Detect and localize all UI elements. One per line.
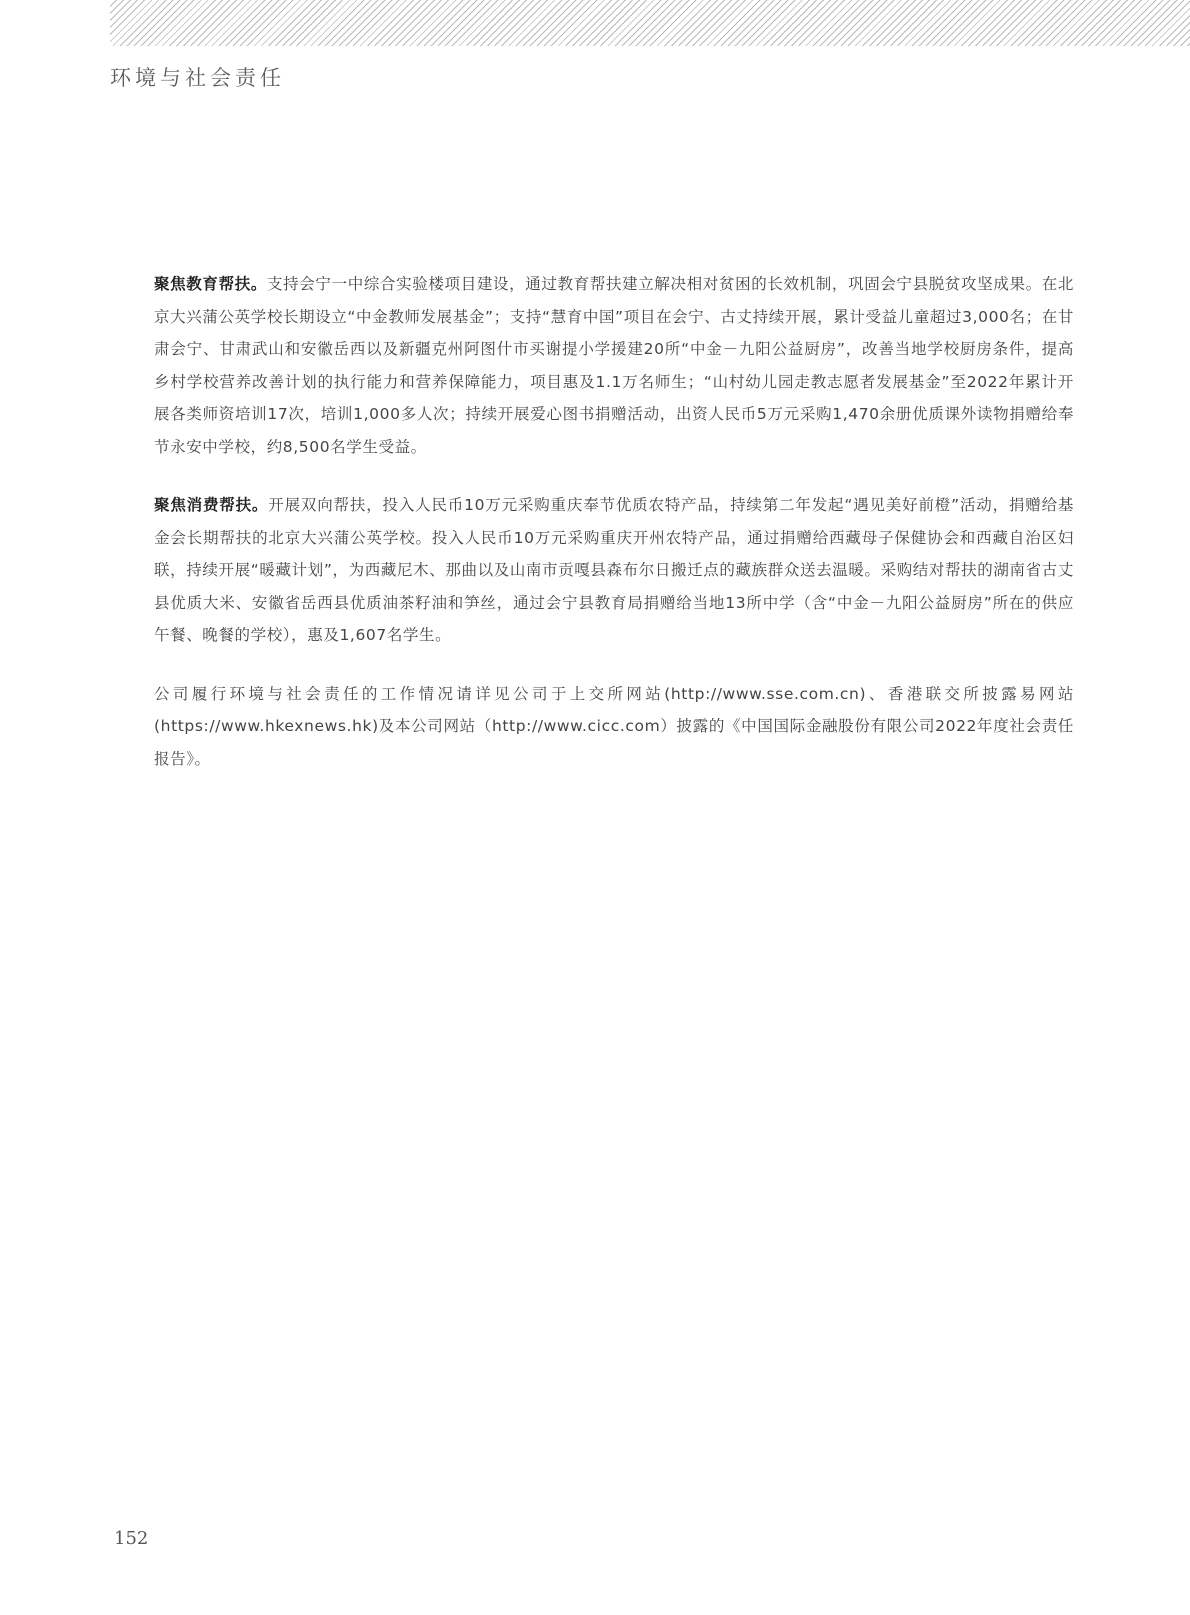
paragraph-body: 公司履行环境与社会责任的工作情况请详见公司于上交所网站(http://www.s…	[154, 685, 1074, 768]
paragraph-body: 支持会宁一中综合实验楼项目建设，通过教育帮扶建立解决相对贫困的长效机制，巩固会宁…	[154, 275, 1074, 456]
hatch-pattern-banner	[110, 0, 1190, 46]
paragraph-education-support: 聚焦教育帮扶。支持会宁一中综合实验楼项目建设，通过教育帮扶建立解决相对贫困的长效…	[154, 268, 1074, 463]
paragraph-body: 开展双向帮扶，投入人民币10万元采购重庆奉节优质农特产品，持续第二年发起“遇见美…	[154, 496, 1074, 644]
section-title: 环境与社会责任	[110, 62, 285, 92]
paragraph-lead: 聚焦消费帮扶。	[154, 496, 268, 514]
paragraph-consumption-support: 聚焦消费帮扶。开展双向帮扶，投入人民币10万元采购重庆奉节优质农特产品，持续第二…	[154, 489, 1074, 652]
body-content: 聚焦教育帮扶。支持会宁一中综合实验楼项目建设，通过教育帮扶建立解决相对贫困的长效…	[154, 268, 1074, 801]
page-number: 152	[114, 1528, 148, 1549]
paragraph-lead: 聚焦教育帮扶。	[154, 275, 267, 293]
paragraph-report-reference: 公司履行环境与社会责任的工作情况请详见公司于上交所网站(http://www.s…	[154, 678, 1074, 776]
